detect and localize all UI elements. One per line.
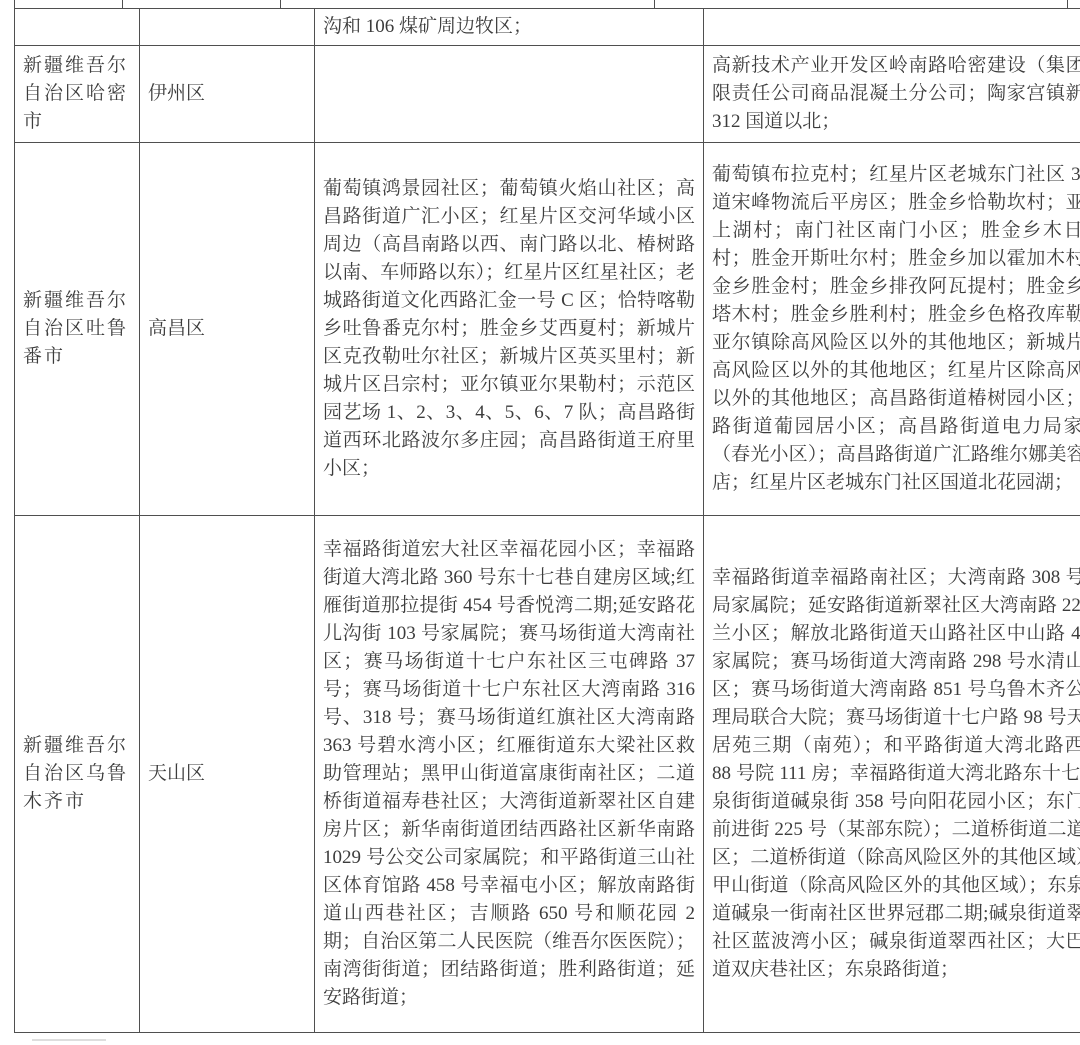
- risk-area-table-grid: 沟和 106 煤矿周边牧区； 新疆维吾尔自治区哈密市 伊州区 高新技术产业开发区…: [14, 8, 1080, 1033]
- areas-col3-cell: [315, 46, 704, 143]
- district-cell: 伊州区: [140, 46, 315, 143]
- district-cell: [140, 9, 315, 46]
- areas-col4-cell: 葡萄镇布拉克村；红星片区老城东门社区 312 国道宋峰物流后平房区；胜金乡恰勒坎…: [704, 143, 1080, 516]
- district-cell: 天山区: [140, 516, 315, 1033]
- province-cell: 新疆维吾尔自治区乌鲁木齐市: [15, 516, 140, 1033]
- areas-col4-cell: 幸福路街道幸福路南社区；大湾南路 308 号体育局家属院；延安路街道新翠社区大湾…: [704, 516, 1080, 1033]
- district-cell: 高昌区: [140, 143, 315, 516]
- risk-area-table: 沟和 106 煤矿周边牧区； 新疆维吾尔自治区哈密市 伊州区 高新技术产业开发区…: [14, 8, 1080, 1033]
- province-cell: 新疆维吾尔自治区哈密市: [15, 46, 140, 143]
- province-cell: 新疆维吾尔自治区吐鲁番市: [15, 143, 140, 516]
- areas-col3-cell: 幸福路街道宏大社区幸福花园小区；幸福路街道大湾北路 360 号东十七巷自建房区域…: [315, 516, 704, 1033]
- province-cell: [15, 9, 140, 46]
- table-row: 新疆维吾尔自治区乌鲁木齐市 天山区 幸福路街道宏大社区幸福花园小区；幸福路街道大…: [15, 516, 1080, 1033]
- areas-col3-cell: 沟和 106 煤矿周边牧区；: [315, 9, 704, 46]
- areas-col4-cell: [704, 9, 1080, 46]
- table-row: 沟和 106 煤矿周边牧区；: [15, 9, 1080, 46]
- areas-col3-cell: 葡萄镇鸿景园社区；葡萄镇火焰山社区；高昌路街道广汇小区；红星片区交河华域小区周边…: [315, 143, 704, 516]
- faint-artifact-line: [32, 1039, 106, 1041]
- areas-col4-cell: 高新技术产业开发区岭南路哈密建设（集团）有限责任公司商品混凝土分公司；陶家宫镇新…: [704, 46, 1080, 143]
- table-row: 新疆维吾尔自治区吐鲁番市 高昌区 葡萄镇鸿景园社区；葡萄镇火焰山社区；高昌路街道…: [15, 143, 1080, 516]
- table-row: 新疆维吾尔自治区哈密市 伊州区 高新技术产业开发区岭南路哈密建设（集团）有限责任…: [15, 46, 1080, 143]
